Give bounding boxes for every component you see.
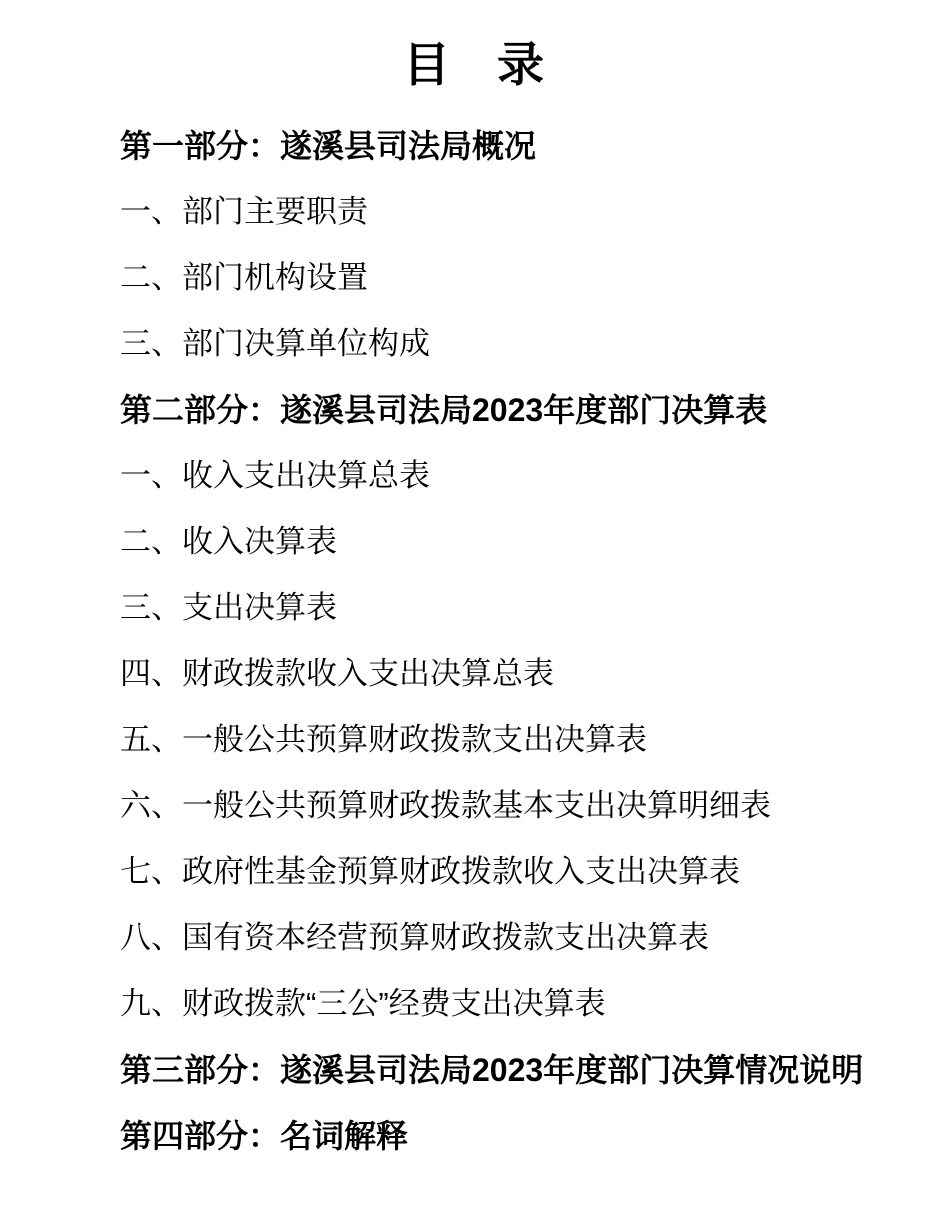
- toc-item: 八、国有资本经营预算财政拨款支出决算表: [120, 922, 947, 953]
- toc-item: 三、部门决算单位构成: [120, 328, 947, 359]
- table-of-contents: 第一部分：遂溪县司法局概况 一、部门主要职责 二、部门机构设置 三、部门决算单位…: [120, 130, 947, 1152]
- toc-item: 三、支出决算表: [120, 592, 947, 623]
- toc-item: 一、收入支出决算总表: [120, 460, 947, 491]
- toc-part-2-heading: 第二部分：遂溪县司法局2023年度部门决算表: [120, 394, 947, 426]
- document-title: 目 录: [0, 43, 947, 90]
- toc-part-4-heading: 第四部分：名词解释: [120, 1120, 947, 1152]
- toc-item: 七、政府性基金预算财政拨款收入支出决算表: [120, 856, 947, 887]
- toc-item: 二、收入决算表: [120, 526, 947, 557]
- toc-item: 一、部门主要职责: [120, 196, 947, 227]
- toc-item: 四、财政拨款收入支出决算总表: [120, 658, 947, 689]
- toc-item: 五、一般公共预算财政拨款支出决算表: [120, 724, 947, 755]
- toc-item: 二、部门机构设置: [120, 262, 947, 293]
- toc-part-3-heading: 第三部分：遂溪县司法局2023年度部门决算情况说明: [120, 1054, 947, 1086]
- toc-part-1-heading: 第一部分：遂溪县司法局概况: [120, 130, 947, 162]
- document-page: 目 录 第一部分：遂溪县司法局概况 一、部门主要职责 二、部门机构设置 三、部门…: [0, 0, 947, 1231]
- toc-item: 九、财政拨款“三公”经费支出决算表: [120, 988, 947, 1019]
- toc-item: 六、一般公共预算财政拨款基本支出决算明细表: [120, 790, 947, 821]
